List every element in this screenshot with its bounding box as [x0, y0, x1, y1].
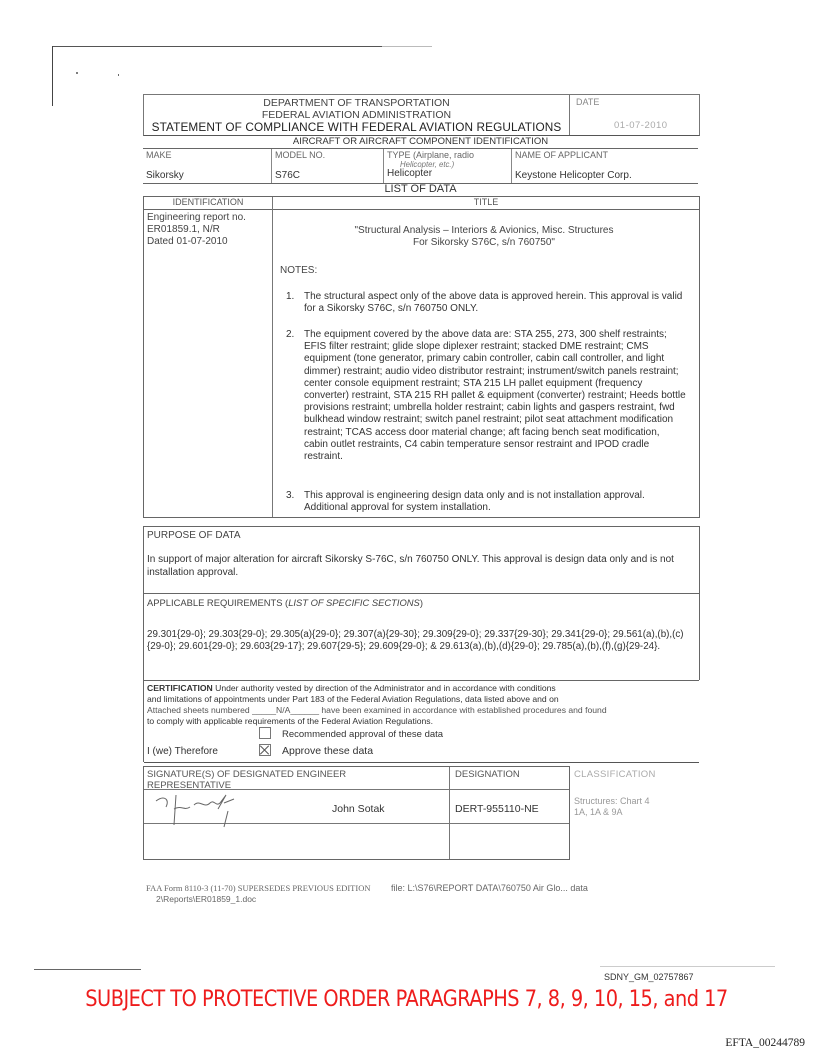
- type-label: TYPE (Airplane, radio: [387, 150, 474, 160]
- note-number: 1.: [286, 291, 298, 303]
- approve-checkbox[interactable]: [259, 744, 271, 756]
- signer-name: John Sotak: [332, 803, 385, 815]
- note-text: The structural aspect only of the above …: [304, 291, 686, 315]
- requirements-label-text: APPLICABLE REQUIREMENTS (: [147, 597, 288, 608]
- signature-label-line: SIGNATURE(S) OF DESIGNATED ENGINEER: [147, 769, 346, 780]
- note-number: 2.: [286, 329, 298, 341]
- make-value: Sikorsky: [146, 170, 184, 181]
- designation-value: DERT-955110-NE: [455, 803, 539, 815]
- cert-line-4: to comply with applicable requirements o…: [147, 716, 433, 726]
- divider: [600, 966, 775, 967]
- model-label: MODEL NO.: [275, 150, 325, 160]
- cert-line-3: Attached sheets numbered _____N/A______ …: [147, 705, 607, 715]
- classification: CLASSIFICATION Structures: Chart 4 1A, 1…: [568, 766, 698, 858]
- approve-label: Approve these data: [282, 746, 373, 756]
- cert-line-2: and limitations of appointments under Pa…: [147, 694, 559, 704]
- scan-speck: [76, 72, 78, 74]
- make-cell: MAKE Sikorsky: [143, 149, 271, 183]
- scan-speck: [118, 74, 119, 76]
- aircraft-id-title: AIRCRAFT OR AIRCRAFT COMPONENT IDENTIFIC…: [143, 136, 698, 147]
- title-header: TITLE: [273, 197, 699, 210]
- note-item: 1. The structural aspect only of the abo…: [286, 291, 686, 315]
- identification-header: IDENTIFICATION: [144, 197, 272, 210]
- file-path: file: L:\S76\REPORT DATA\760750 Air Glo.…: [391, 883, 588, 894]
- signature-block: SIGNATURE(S) OF DESIGNATED ENGINEER REPR…: [143, 766, 570, 860]
- signature-label-line: REPRESENTATIVE: [147, 780, 346, 791]
- list-of-data: IDENTIFICATION TITLE Engineering report …: [143, 196, 700, 518]
- form-number: FAA Form 8110-3 (11-70) SUPERSEDES PREVI…: [146, 883, 370, 894]
- divider: [144, 762, 699, 763]
- purpose-text: In support of major alteration for aircr…: [147, 554, 692, 579]
- note-item: 3. This approval is engineering design d…: [286, 490, 686, 514]
- signature-scribble: [154, 793, 284, 833]
- ident-line: Dated 01-07-2010: [147, 236, 246, 248]
- type-value: Helicopter: [387, 168, 432, 179]
- recommend-checkbox[interactable]: [259, 727, 271, 739]
- signature-label: SIGNATURE(S) OF DESIGNATED ENGINEER REPR…: [147, 769, 346, 791]
- notes-label: NOTES:: [280, 265, 317, 276]
- recommend-label: Recommended approval of these data: [282, 730, 443, 740]
- form-header: DEPARTMENT OF TRANSPORTATION FEDERAL AVI…: [143, 94, 700, 136]
- note-text: The equipment covered by the above data …: [304, 329, 686, 463]
- cert-bold-label: CERTIFICATION: [147, 683, 213, 693]
- ident-line: Engineering report no.: [147, 212, 246, 224]
- requirements-label-italic: LIST OF SPECIFIC SECTIONS: [288, 597, 420, 608]
- aircraft-identification: MAKE Sikorsky MODEL NO. S76C TYPE (Airpl…: [143, 148, 698, 184]
- bates-number: SDNY_GM_02757867: [604, 972, 694, 982]
- ident-line: ER01859.1, N/R: [147, 224, 246, 236]
- make-label: MAKE: [146, 150, 172, 160]
- classification-value: Structures: Chart 4 1A, 1A & 9A: [574, 796, 650, 818]
- cert-text: Under authority vested by direction of t…: [215, 683, 556, 693]
- purpose-of-data: PURPOSE OF DATA In support of major alte…: [143, 526, 700, 680]
- note-number: 3.: [286, 490, 298, 502]
- column-divider: [449, 767, 450, 859]
- classification-line: 1A, 1A & 9A: [574, 807, 650, 818]
- department: DEPARTMENT OF TRANSPORTATION: [144, 97, 569, 109]
- scan-border: [52, 46, 53, 106]
- divider: [144, 593, 699, 594]
- divider: [34, 969, 141, 970]
- requirements-text: 29.301{29-0}; 29.303{29-0}; 29.305(a){29…: [147, 629, 697, 653]
- requirements-label: APPLICABLE REQUIREMENTS (LIST OF SPECIFI…: [147, 597, 423, 608]
- column-divider: [272, 197, 273, 517]
- model-value: S76C: [275, 170, 300, 181]
- date-box: DATE 01-07-2010: [569, 95, 698, 135]
- classification-label: CLASSIFICATION: [574, 769, 656, 780]
- document-title: "Structural Analysis – Interiors & Avion…: [274, 225, 694, 249]
- designation-label: DESIGNATION: [455, 769, 520, 780]
- model-cell: MODEL NO. S76C: [271, 149, 384, 183]
- requirements-label-end: ): [420, 597, 423, 608]
- identification-value: Engineering report no. ER01859.1, N/R Da…: [147, 212, 246, 248]
- applicant-label: NAME OF APPLICANT: [515, 150, 608, 160]
- cert-line-1: CERTIFICATION Under authority vested by …: [147, 683, 556, 693]
- applicant-cell: NAME OF APPLICANT Keystone Helicopter Co…: [511, 149, 699, 183]
- date-value: 01-07-2010: [614, 120, 668, 131]
- applicant-value: Keystone Helicopter Corp.: [515, 170, 632, 181]
- type-cell: TYPE (Airplane, radio Helicopter, etc.) …: [383, 149, 512, 183]
- efta-number: EFTA_00244789: [725, 1037, 805, 1049]
- title-line: For Sikorsky S76C, s/n 760750": [274, 237, 694, 249]
- scan-border: [52, 46, 382, 47]
- certification: CERTIFICATION Under authority vested by …: [143, 680, 699, 762]
- date-label: DATE: [576, 97, 599, 107]
- file-path-2: 2\Reports\ER01859_1.doc: [156, 894, 370, 905]
- form-footer: FAA Form 8110-3 (11-70) SUPERSEDES PREVI…: [146, 883, 370, 905]
- protective-order-stamp: SUBJECT TO PROTECTIVE ORDER PARAGRAPHS 7…: [57, 986, 756, 1012]
- purpose-label: PURPOSE OF DATA: [147, 530, 241, 541]
- list-of-data-title: LIST OF DATA: [143, 183, 698, 195]
- scan-border: [382, 46, 432, 47]
- form-title: STATEMENT OF COMPLIANCE WITH FEDERAL AVI…: [144, 121, 569, 133]
- note-item: 2. The equipment covered by the above da…: [286, 329, 686, 463]
- header-titles: DEPARTMENT OF TRANSPORTATION FEDERAL AVI…: [144, 97, 569, 133]
- classification-line: Structures: Chart 4: [574, 796, 650, 807]
- title-line: "Structural Analysis – Interiors & Avion…: [274, 225, 694, 237]
- therefore-label: I (we) Therefore: [147, 747, 218, 757]
- note-text: This approval is engineering design data…: [304, 490, 686, 514]
